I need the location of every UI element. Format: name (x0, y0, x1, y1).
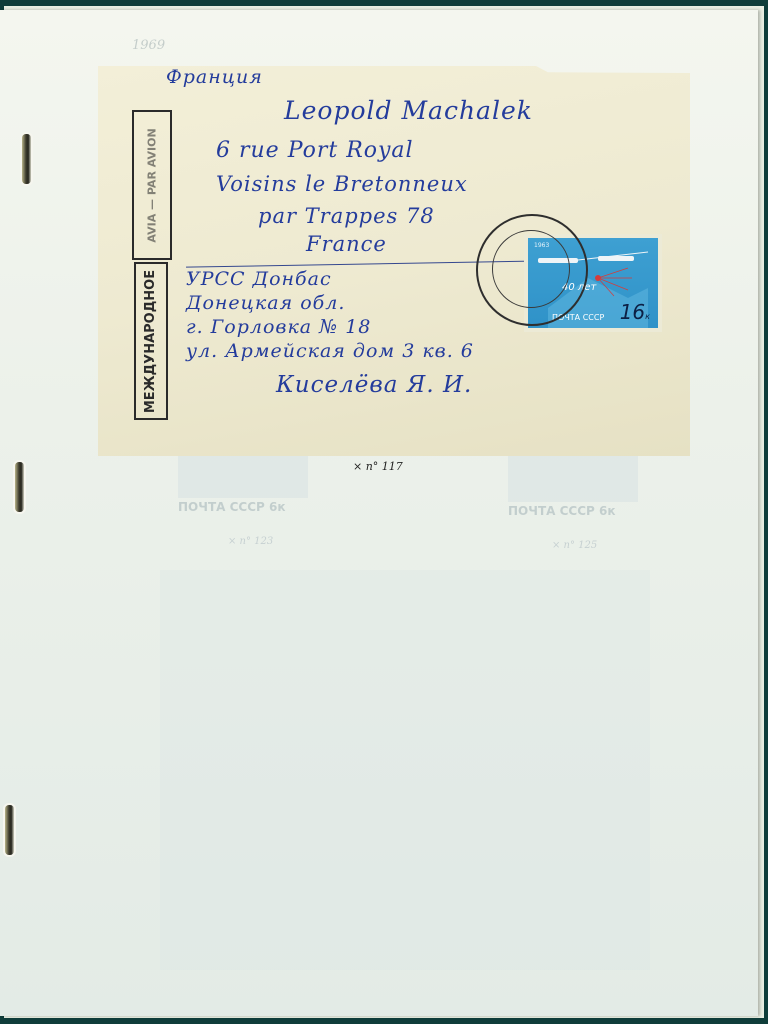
recipient-via: par Trappes 78 (258, 204, 435, 228)
catalog-note: × n° 117 (353, 460, 403, 473)
international-label-stamp: МЕЖДУНАРОДНОЕ (134, 262, 168, 420)
recipient-country: France (306, 232, 387, 256)
recipient-country-ru: Франция (166, 66, 263, 88)
sender-line-2: Донецкая обл. (186, 292, 345, 314)
binder-hole-top (22, 134, 31, 184)
ghost-header: 1969 (132, 38, 165, 53)
ghost-note-right: × n° 125 (552, 540, 597, 551)
ghost-stamp-left-label: ПОЧТА СССР 6к (178, 500, 286, 514)
recipient-street: 6 rue Port Royal (216, 138, 414, 163)
sender-line-3: г. Горловка № 18 (186, 316, 371, 338)
stamp-value: 16к (620, 300, 650, 324)
binder-hole-middle (15, 462, 24, 512)
ghost-stamp-right-label: ПОЧТА СССР 6к (508, 504, 616, 518)
ghost-backside-cover (160, 570, 650, 970)
binder-hole-bottom (5, 805, 14, 855)
postmark-cancellation (476, 214, 588, 326)
airmail-label-stamp: AVIA — PAR AVION (132, 110, 172, 260)
sender-name: Киселёва Я. И. (276, 372, 472, 398)
postmark-inner-ring (492, 230, 570, 308)
recipient-name: Leopold Machalek (284, 96, 533, 125)
sender-line-4: ул. Армейская дом 3 кв. 6 (186, 340, 474, 362)
sender-line-1: УРСС Донбас (186, 268, 332, 290)
ghost-stamp-right (508, 452, 638, 502)
recipient-town: Voisins le Bretonneux (216, 172, 468, 196)
ghost-note-left: × n° 123 (228, 536, 273, 547)
